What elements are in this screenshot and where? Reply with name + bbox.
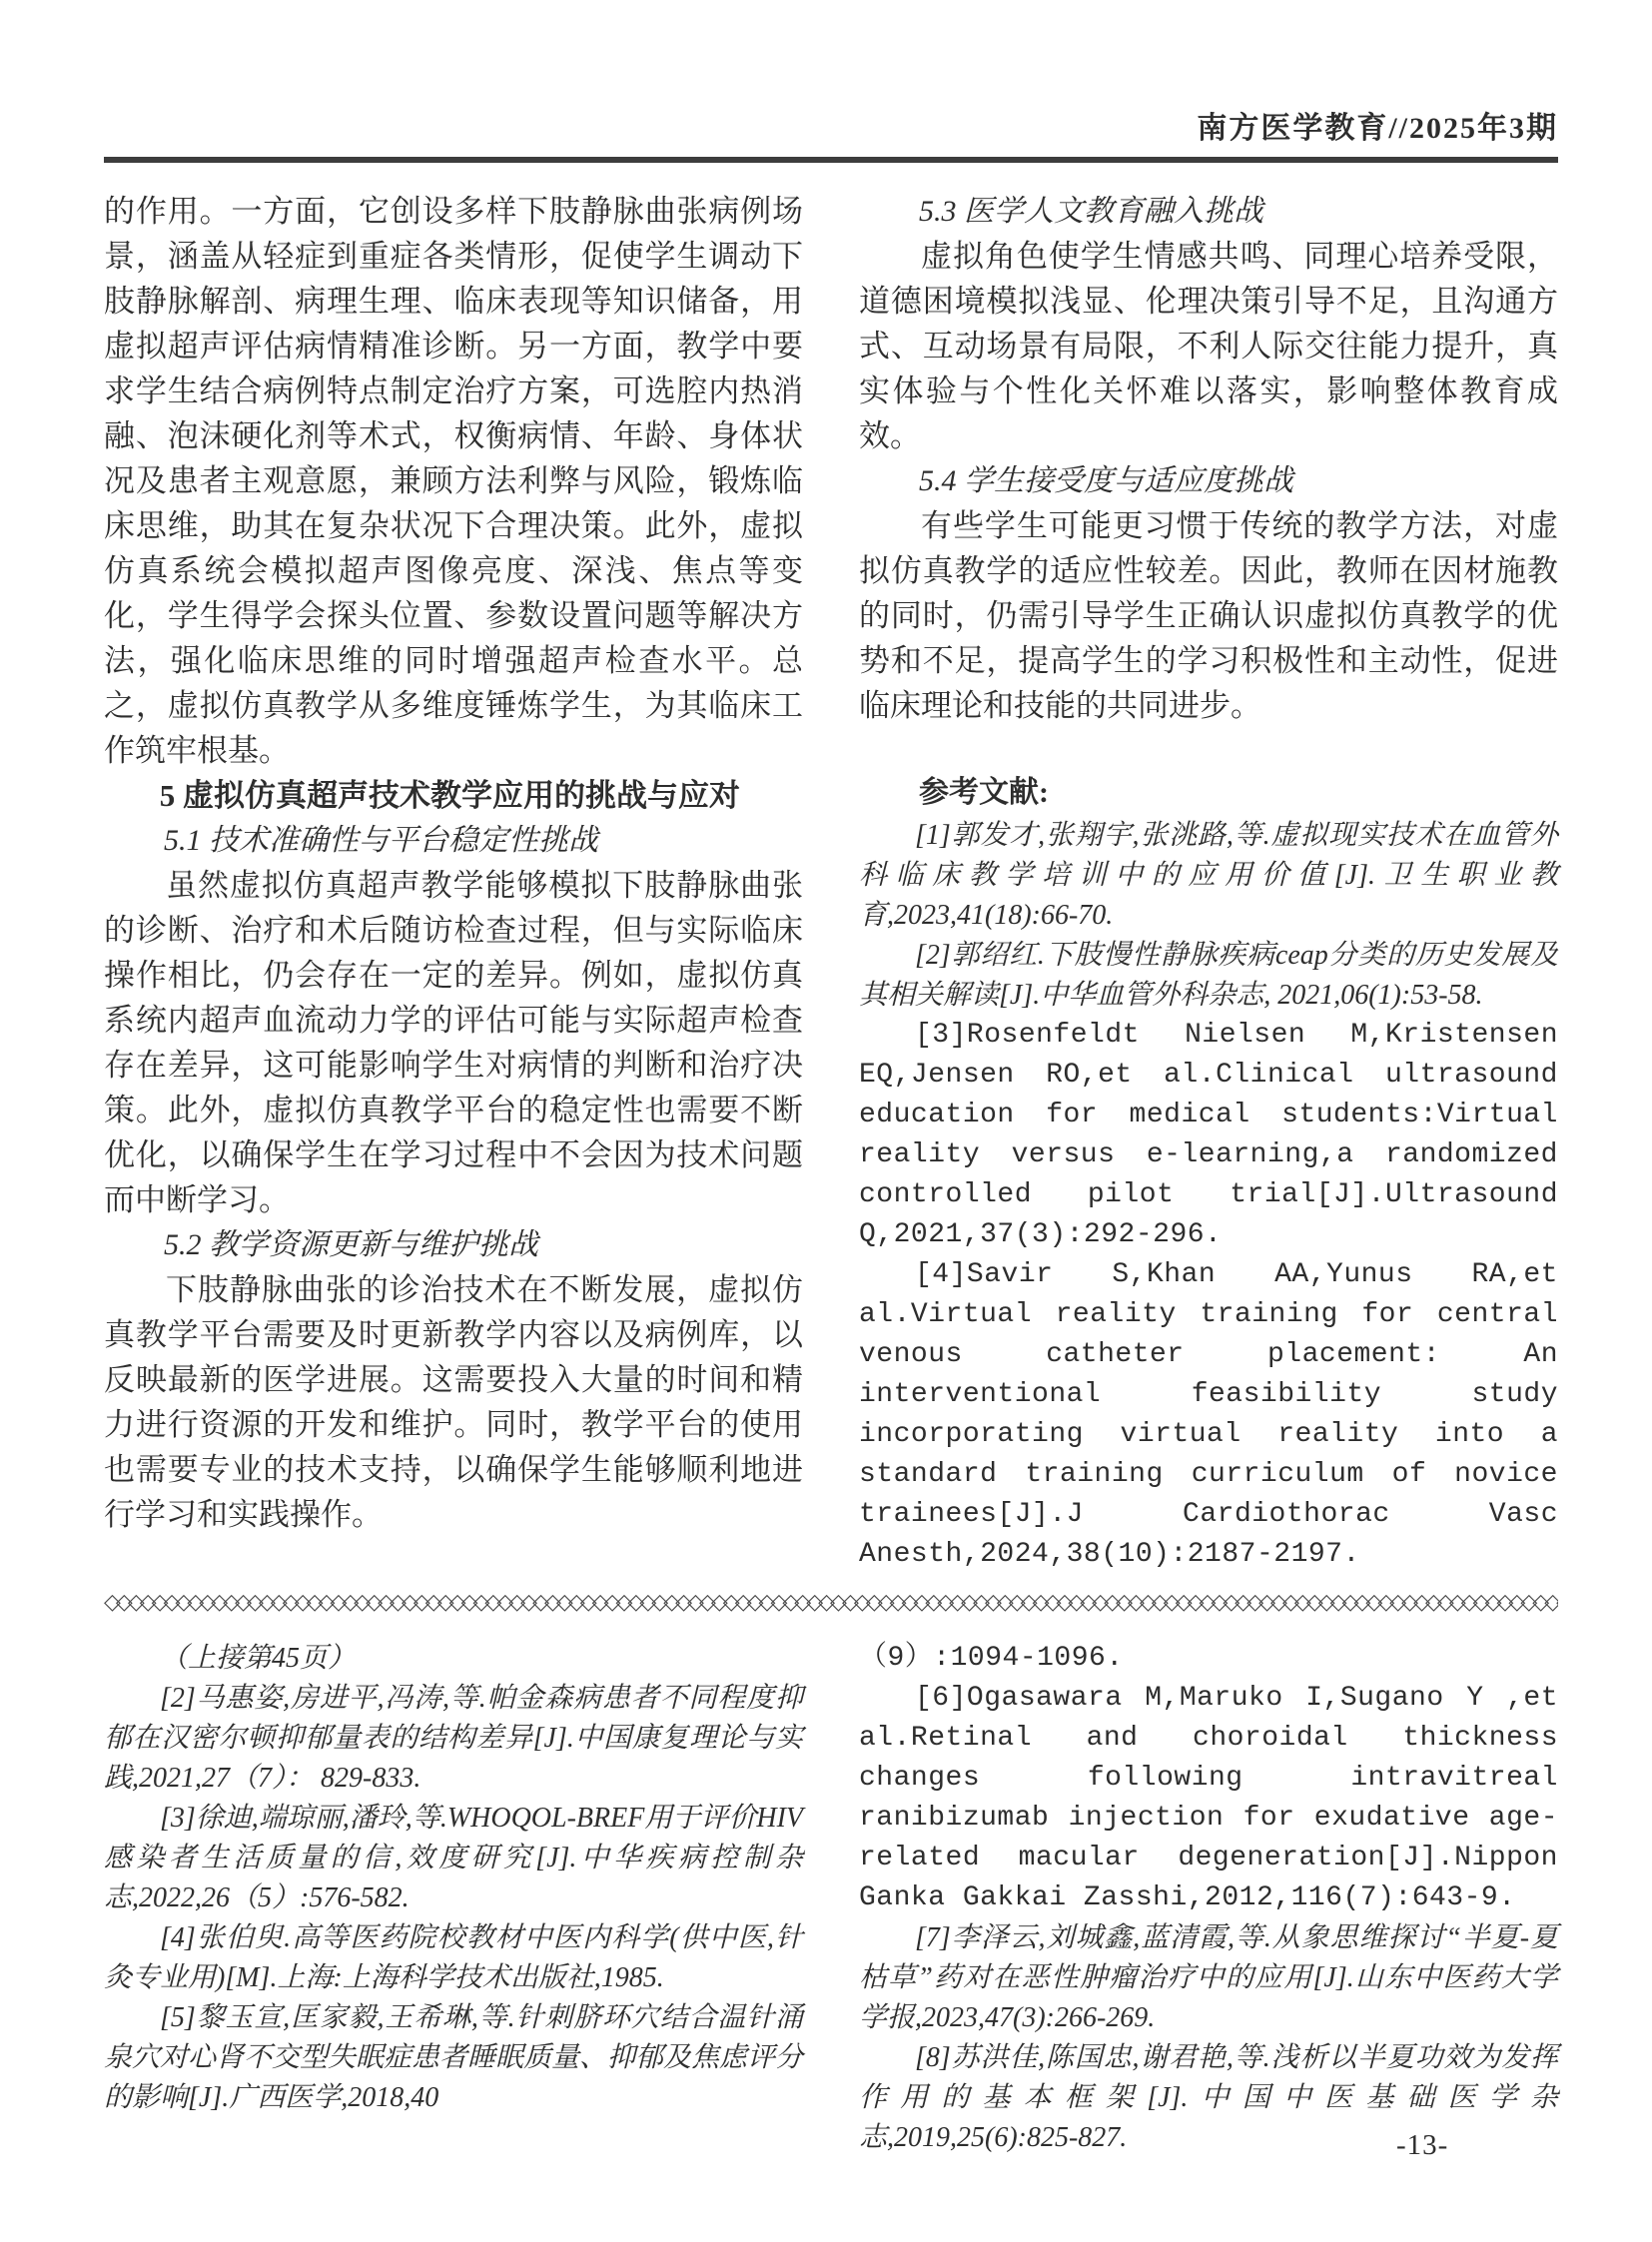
left-column: 的作用。一方面，它创设多样下肢静脉曲张病例场景，涵盖从轻症到重症各类情形，促使学… (104, 189, 803, 1575)
journal-page: 南方医学教育//2025年3期 的作用。一方面，它创设多样下肢静脉曲张病例场景，… (0, 0, 1652, 2242)
subsection-heading-5-3: 5.3 医学人文教育融入挑战 (859, 189, 1558, 234)
subsection-heading-5-1: 5.1 技术准确性与平台稳定性挑战 (104, 818, 803, 863)
right-column: 5.3 医学人文教育融入挑战 虚拟角色使学生情感共鸣、同理心培养受限，道德困境模… (859, 189, 1558, 1575)
references-block: 参考文献: [1]郭发才,张翔宇,张洮路,等.虚拟现实技术在血管外科临床教学培训… (859, 770, 1558, 1575)
continued-reference-2: [2]马惠姿,房进平,冯涛,等.帕金森病患者不同程度抑郁在汉密尔顿抑郁量表的结构… (104, 1679, 803, 1799)
continued-reference-5-tail: （9）:1094-1096. (859, 1639, 1558, 1679)
page-number: -13- (1396, 2129, 1448, 2162)
reference-item-3: [3]Rosenfeldt Nielsen M,Kristensen EQ,Je… (859, 1016, 1558, 1255)
paragraph-5-2: 下肢静脉曲张的诊治技术在不断发展，虚拟仿真教学平台需要及时更新教学内容以及病例库… (104, 1267, 803, 1537)
continued-reference-8: [8]苏洪佳,陈国忠,谢君艳,等.浅析以半夏功效为发挥作用的基本框架[J].中国… (859, 2038, 1558, 2158)
section-divider: ◇◇◇◇◇◇◇◇◇◇◇◇◇◇◇◇◇◇◇◇◇◇◇◇◇◇◇◇◇◇◇◇◇◇◇◇◇◇◇◇… (104, 1591, 1558, 1617)
continued-section: （上接第45页） [2]马惠姿,房进平,冯涛,等.帕金森病患者不同程度抑郁在汉密… (104, 1639, 1558, 2158)
continued-reference-6: [6]Ogasawara M,Maruko I,Sugano Y ,et al.… (859, 1679, 1558, 1918)
paragraph-5-4: 有些学生可能更习惯于传统的教学方法，对虚拟仿真教学的适应性较差。因此，教师在因材… (859, 503, 1558, 728)
continued-note: （上接第45页） (104, 1639, 803, 1679)
continued-reference-3: [3]徐迪,端琼丽,潘玲,等.WHOQOL-BREF用于评价HIV感染者生活质量… (104, 1799, 803, 1918)
reference-item-4: [4]Savir S,Khan AA,Yunus RA,et al.Virtua… (859, 1255, 1558, 1575)
references-title: 参考文献: (859, 770, 1558, 816)
reference-item-2: [2]郭绍红.下肢慢性静脉疾病ceap分类的历史发展及其相关解读[J].中华血管… (859, 936, 1558, 1016)
continued-right-column: （9）:1094-1096. [6]Ogasawara M,Maruko I,S… (859, 1639, 1558, 2158)
main-content: 的作用。一方面，它创设多样下肢静脉曲张病例场景，涵盖从轻症到重症各类情形，促使学… (104, 189, 1558, 1575)
subsection-heading-5-4: 5.4 学生接受度与适应度挑战 (859, 458, 1558, 503)
continued-reference-7: [7]李泽云,刘城鑫,蓝清霞,等.从象思维探讨“半夏-夏枯草”药对在恶性肿瘤治疗… (859, 1918, 1558, 2038)
journal-title: 南方医学教育//2025年3期 (1197, 103, 1558, 157)
paragraph-5-1: 虽然虚拟仿真超声教学能够模拟下肢静脉曲张的诊断、治疗和术后随访检查过程，但与实际… (104, 863, 803, 1222)
paragraph-continuation: 的作用。一方面，它创设多样下肢静脉曲张病例场景，涵盖从轻症到重症各类情形，促使学… (104, 189, 803, 773)
reference-item-1: [1]郭发才,张翔宇,张洮路,等.虚拟现实技术在血管外科临床教学培训中的应用价值… (859, 816, 1558, 936)
continued-reference-5: [5]黎玉宣,匡家毅,王希琳,等.针刺脐环穴结合温针涌泉穴对心肾不交型失眠症患者… (104, 1998, 803, 2118)
continued-reference-4: [4]张伯臾.高等医药院校教材中医内科学(供中医,针灸专业用)[M].上海:上海… (104, 1918, 803, 1998)
section-heading-5: 5 虚拟仿真超声技术教学应用的挑战与应对 (104, 773, 803, 818)
paragraph-5-3: 虚拟角色使学生情感共鸣、同理心培养受限，道德困境模拟浅显、伦理决策引导不足，且沟… (859, 234, 1558, 458)
subsection-heading-5-2: 5.2 教学资源更新与维护挑战 (104, 1222, 803, 1267)
page-header: 南方医学教育//2025年3期 (104, 0, 1558, 163)
continued-left-column: （上接第45页） [2]马惠姿,房进平,冯涛,等.帕金森病患者不同程度抑郁在汉密… (104, 1639, 803, 2158)
